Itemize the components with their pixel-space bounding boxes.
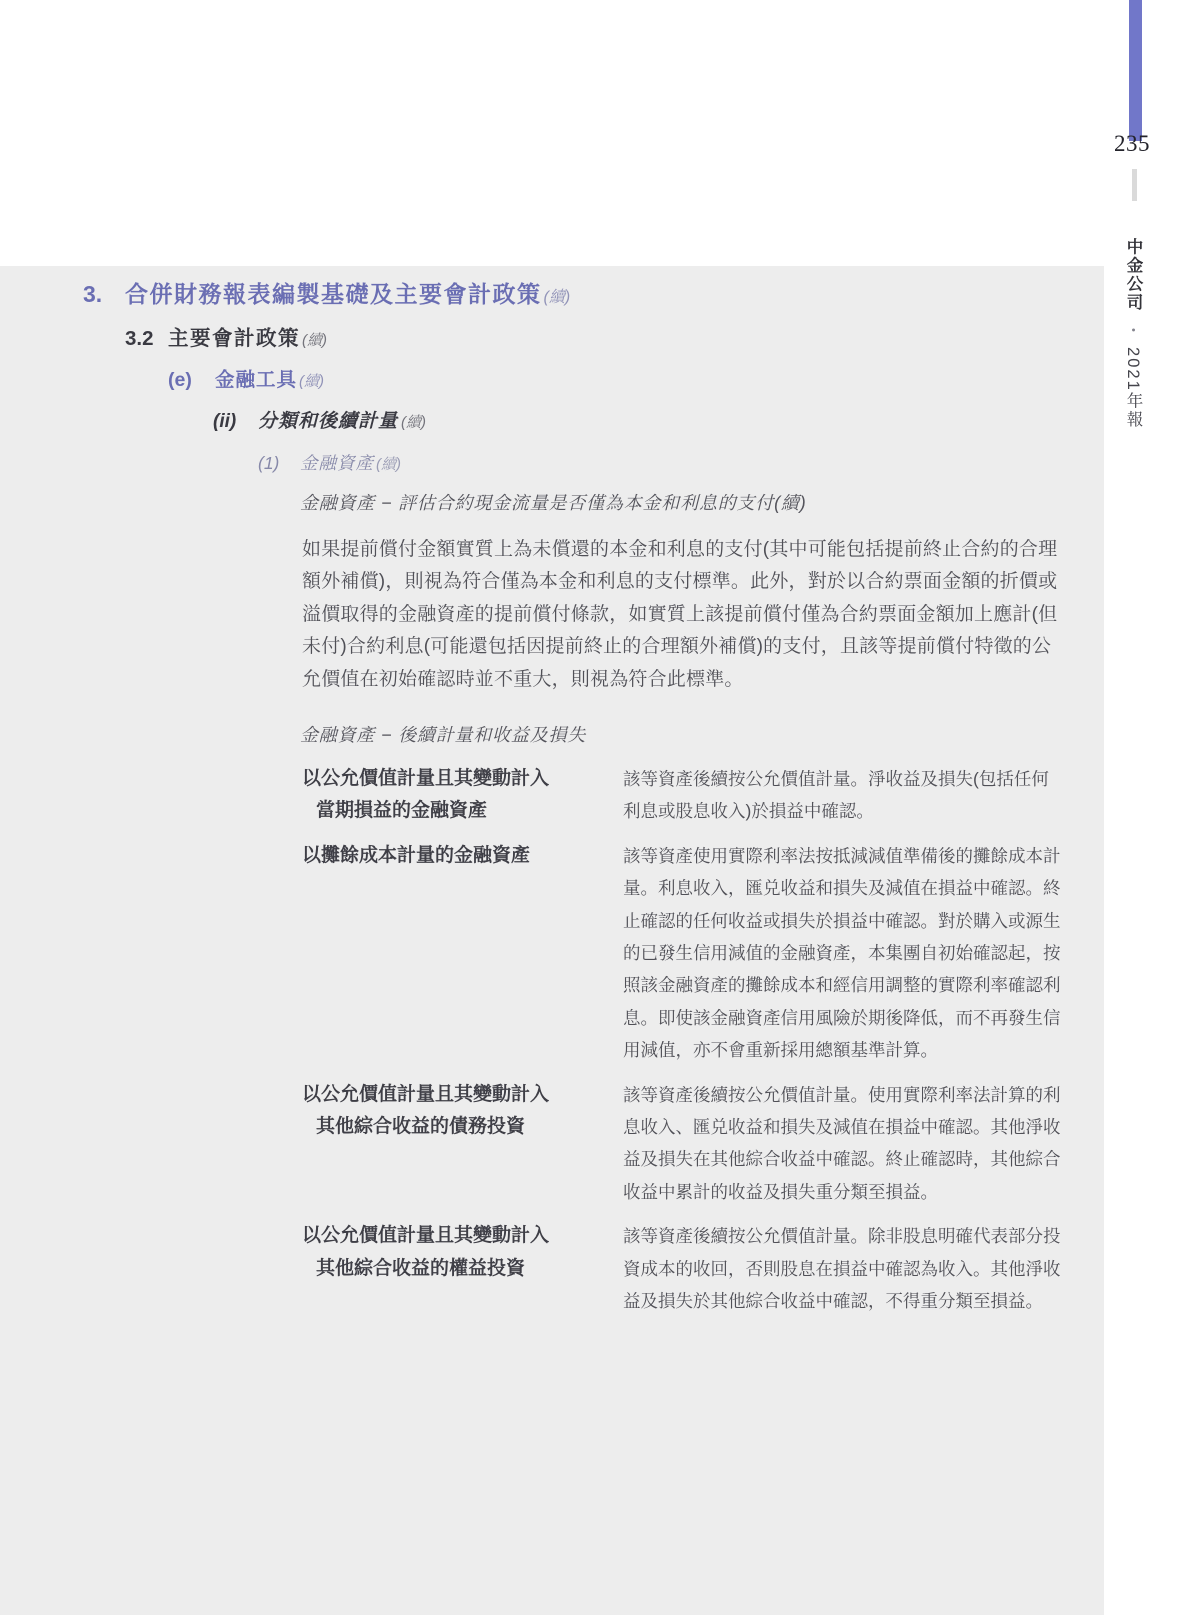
heading-level5-number: (1) (258, 453, 300, 474)
heading-level2-title: 主要會計政策 (168, 321, 300, 351)
heading-level3-number: (e) (168, 369, 215, 392)
term-line: 其他綜合收益的權益投資 (302, 1253, 623, 1285)
table-row-description: 該等資產後續按公允價值計量。使用實際利率法計算的利 息收入、匯兑收益和損失及減值… (623, 1079, 1064, 1209)
heading-level4-title: 分類和後續計量 (258, 406, 398, 433)
description-line: 資成本的收回，否則股息在損益中確認為收入。其他淨收 (623, 1253, 1064, 1285)
description-line: 息收入、匯兑收益和損失及減值在損益中確認。其他淨收 (623, 1111, 1064, 1143)
description-line: 息。即使該金融資產信用風險於期後降低，而不再發生信 (623, 1002, 1064, 1034)
side-caption-company: 中金公司 (1124, 238, 1142, 312)
section-subtitle-subsequent-measurement: 金融資產 − 後續計量和收益及損失 (300, 721, 586, 747)
description-line: 止確認的任何收益或損失於損益中確認。對於購入或源生 (623, 905, 1064, 937)
report-page: 235 中金公司 • 2021年報 3. 合併財務報表編製基礎及主要會計政策 (… (0, 0, 1190, 1615)
heading-level4: (ii) 分類和後續計量 (續) (213, 406, 426, 433)
body-paragraph-line: 未付)合約利息(可能還包括因提前終止的合理額外補償)的支付，且該等提前償付特徵的… (302, 631, 1064, 663)
side-caption: 中金公司 • 2021年報 (1121, 238, 1145, 438)
heading-level1-title: 合併財務報表編製基礎及主要會計政策 (125, 276, 542, 309)
heading-level5: (1) 金融資產 (續) (258, 450, 401, 475)
table-row-term: 以攤餘成本計量的金融資產 (302, 840, 623, 1067)
heading-level3: (e) 金融工具 (續) (168, 364, 324, 392)
body-paragraph-line: 如果提前償付金額實質上為未償還的本金和利息的支付(其中可能包括提前終止合約的合理 (302, 534, 1064, 566)
heading-level1-number: 3. (83, 281, 125, 308)
body-paragraph-line: 額外補償)，則視為符合僅為本金和利息的支付標準。此外，對於以合約票面金額的折價或 (302, 566, 1064, 598)
term-line: 以公允價值計量且其變動計入 (302, 763, 623, 795)
term-line: 以攤餘成本計量的金融資產 (302, 840, 623, 872)
description-line: 該等資產後續按公允價值計量。除非股息明確代表部分投 (623, 1220, 1064, 1252)
body-paragraph: 如果提前償付金額實質上為未償還的本金和利息的支付(其中可能包括提前終止合約的合理… (302, 534, 1064, 696)
table-row: 以公允價值計量且其變動計入 當期損益的金融資產 該等資產後續按公允價值計量。淨收… (302, 763, 1064, 828)
description-line: 量。利息收入，匯兑收益和損失及減值在損益中確認。終 (623, 872, 1064, 904)
table-row: 以攤餘成本計量的金融資產 該等資產使用實際利率法按抵減減值準備後的攤餘成本計 量… (302, 840, 1064, 1067)
description-line: 該等資產後續按公允價值計量。使用實際利率法計算的利 (623, 1079, 1064, 1111)
term-line: 以公允價值計量且其變動計入 (302, 1220, 623, 1252)
description-line: 該等資產使用實際利率法按抵減減值準備後的攤餘成本計 (623, 840, 1064, 872)
heading-level4-number: (ii) (213, 411, 258, 433)
heading-level3-title: 金融工具 (215, 364, 297, 392)
table-row-term: 以公允價值計量且其變動計入 其他綜合收益的權益投資 (302, 1220, 623, 1317)
description-line: 用減值，亦不會重新採用總額基準計算。 (623, 1034, 1064, 1066)
description-line: 利息或股息收入)於損益中確認。 (623, 795, 1064, 827)
heading-level1-continued: (續) (544, 284, 571, 307)
heading-level5-continued: (續) (376, 453, 401, 474)
accent-bar (1129, 0, 1142, 141)
description-line: 收益中累計的收益及損失重分類至損益。 (623, 1176, 1064, 1208)
body-paragraph-line: 溢價取得的金融資產的提前償付條款，如實質上該提前償付僅為合約票面金額加上應計(但 (302, 599, 1064, 631)
body-paragraph-line: 允價值在初始確認時並不重大，則視為符合此標準。 (302, 664, 1064, 696)
description-line: 益及損失於其他綜合收益中確認，不得重分類至損益。 (623, 1285, 1064, 1317)
description-line: 該等資產後續按公允價值計量。淨收益及損失(包括任何 (623, 763, 1064, 795)
table-row-description: 該等資產使用實際利率法按抵減減值準備後的攤餘成本計 量。利息收入，匯兑收益和損失… (623, 840, 1064, 1067)
heading-level3-continued: (續) (299, 370, 324, 391)
section-subtitle-sppi: 金融資產 − 評估合約現金流量是否僅為本金和利息的支付(續) (300, 489, 807, 515)
measurement-table: 以公允價值計量且其變動計入 當期損益的金融資產 該等資產後續按公允價值計量。淨收… (302, 763, 1064, 1330)
description-line: 照該金融資產的攤餘成本和經信用調整的實際利率確認利 (623, 969, 1064, 1001)
description-line: 的已發生信用減值的金融資產，本集團自初始確認起，按 (623, 937, 1064, 969)
description-line: 益及損失在其他綜合收益中確認。終止確認時，其他綜合 (623, 1143, 1064, 1175)
table-row-description: 該等資產後續按公允價值計量。淨收益及損失(包括任何 利息或股息收入)於損益中確認… (623, 763, 1064, 828)
side-caption-edition: 2021年報 (1124, 347, 1142, 429)
heading-level2-number: 3.2 (125, 327, 168, 351)
table-row: 以公允價值計量且其變動計入 其他綜合收益的權益投資 該等資產後續按公允價值計量。… (302, 1220, 1064, 1317)
term-line: 其他綜合收益的債務投資 (302, 1111, 623, 1143)
page-number: 235 (1110, 131, 1154, 157)
table-row: 以公允價值計量且其變動計入 其他綜合收益的債務投資 該等資產後續按公允價值計量。… (302, 1079, 1064, 1209)
page-number-rule (1132, 169, 1137, 201)
table-row-term: 以公允價值計量且其變動計入 當期損益的金融資產 (302, 763, 623, 828)
table-row-description: 該等資產後續按公允價值計量。除非股息明確代表部分投 資成本的收回，否則股息在損益… (623, 1220, 1064, 1317)
heading-level5-title: 金融資產 (300, 450, 374, 475)
dot-separator: • (1127, 328, 1139, 332)
heading-level1: 3. 合併財務報表編製基礎及主要會計政策 (續) (83, 276, 570, 309)
heading-level2-continued: (續) (302, 329, 327, 350)
term-line: 以公允價值計量且其變動計入 (302, 1079, 623, 1111)
table-row-term: 以公允價值計量且其變動計入 其他綜合收益的債務投資 (302, 1079, 623, 1209)
heading-level2: 3.2 主要會計政策 (續) (125, 321, 327, 351)
heading-level4-continued: (續) (401, 411, 426, 432)
term-line: 當期損益的金融資產 (302, 795, 623, 827)
